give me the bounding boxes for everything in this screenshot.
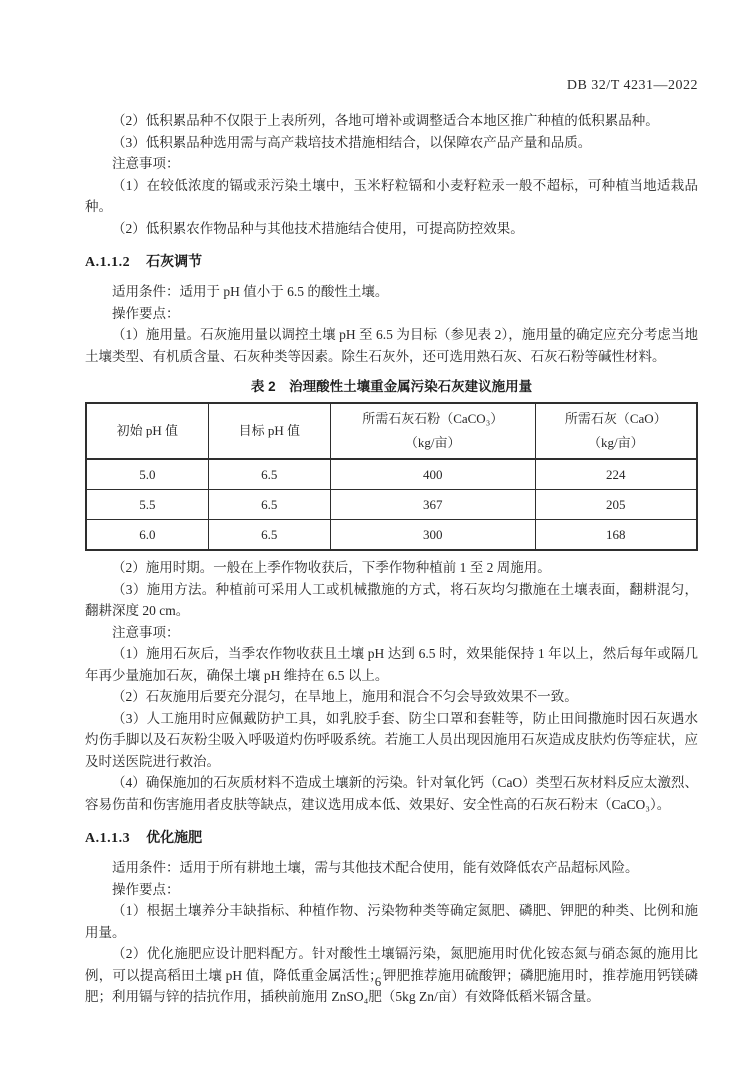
fert-conditions: 适用条件：适用于所有耕地土壤，需与其他技术配合使用，能有效降低农产品超标风险。 <box>85 857 698 879</box>
fert-point-npk: （1）根据土壤养分丰缺指标、种植作物、污染物种类等确定氮肥、磷肥、钾肥的种类、比… <box>85 900 698 943</box>
header-initial-ph: 初始 pH 值 <box>86 403 208 459</box>
fert-points-label: 操作要点： <box>85 879 698 901</box>
section-title: 优化施肥 <box>146 829 202 845</box>
cell: 6.5 <box>208 490 330 520</box>
lime-conditions: 适用条件：适用于 pH 值小于 6.5 的酸性土壤。 <box>85 281 698 303</box>
section-heading-lime: A.1.1.2石灰调节 <box>85 251 698 271</box>
cell: 300 <box>330 520 535 551</box>
lime-note-material: （4）确保施加的石灰质材料不造成土壤新的污染。针对氧化钙（CaO）类型石灰材料反… <box>85 772 698 815</box>
section-title: 石灰调节 <box>146 253 202 269</box>
cell: 6.5 <box>208 520 330 551</box>
cell: 5.5 <box>86 490 208 520</box>
lime-point-method: （3）施用方法。种植前可采用人工或机械撒施的方式，将石灰均匀撒施在土壤表面，翻耕… <box>85 579 698 622</box>
header-cao: 所需石灰（CaO）（kg/亩） <box>535 403 697 459</box>
lime-note-mixing: （2）石灰施用后要充分混匀，在旱地上，施用和混合不匀会导致效果不一致。 <box>85 686 698 708</box>
header-target-ph: 目标 pH 值 <box>208 403 330 459</box>
lime-points-label: 操作要点： <box>85 303 698 325</box>
table-row: 6.0 6.5 300 168 <box>86 520 697 551</box>
cell: 168 <box>535 520 697 551</box>
cell: 6.5 <box>208 459 330 490</box>
standard-number: DB 32/T 4231—2022 <box>85 78 698 94</box>
cell: 6.0 <box>86 520 208 551</box>
cell: 367 <box>330 490 535 520</box>
lime-note-protection: （3）人工施用时应佩戴防护工具，如乳胶手套、防尘口罩和套鞋等，防止田间撒施时因石… <box>85 708 698 773</box>
paragraph-low-accum-2: （2）低积累品种不仅限于上表所列，各地可增补或调整适合本地区推广种植的低积累品种… <box>85 110 698 132</box>
lime-point-timing: （2）施用时期。一般在上季作物收获后，下季作物种植前 1 至 2 周施用。 <box>85 557 698 579</box>
lime-note-duration: （1）施用石灰后，当季农作物收获且土壤 pH 达到 6.5 时，效果能保持 1 … <box>85 643 698 686</box>
lime-notes-label: 注意事项： <box>85 622 698 644</box>
lime-point-dosage: （1）施用量。石灰施用量以调控土壤 pH 至 6.5 为目标（参见表 2），施用… <box>85 324 698 367</box>
document-page: DB 32/T 4231—2022 （2）低积累品种不仅限于上表所列，各地可增补… <box>0 0 756 1068</box>
section-heading-fertilize: A.1.1.3优化施肥 <box>85 827 698 847</box>
section-number: A.1.1.3 <box>85 831 130 846</box>
table-caption: 表 2 治理酸性土壤重金属污染石灰建议施用量 <box>85 375 698 395</box>
cell: 205 <box>535 490 697 520</box>
cell: 5.0 <box>86 459 208 490</box>
notes-label: 注意事项： <box>85 153 698 175</box>
page-content: DB 32/T 4231—2022 （2）低积累品种不仅限于上表所列，各地可增补… <box>0 0 756 1008</box>
lime-dosage-table: 初始 pH 值 目标 pH 值 所需石灰石粉（CaCO₃）（kg/亩） 所需石灰… <box>85 402 698 551</box>
table-header-row: 初始 pH 值 目标 pH 值 所需石灰石粉（CaCO₃）（kg/亩） 所需石灰… <box>86 403 697 459</box>
note-cadmium-mercury: （1）在较低浓度的镉或汞污染土壤中，玉米籽粒镉和小麦籽粒汞一般不超标，可种植当地… <box>85 175 698 218</box>
note-combined-use: （2）低积累农作物品种与其他技术措施结合使用，可提高防控效果。 <box>85 218 698 240</box>
page-number: 6 <box>0 974 756 990</box>
table-row: 5.5 6.5 367 205 <box>86 490 697 520</box>
cell: 224 <box>535 459 697 490</box>
paragraph-low-accum-3: （3）低积累品种选用需与高产栽培技术措施相结合，以保障农产品产量和品质。 <box>85 132 698 154</box>
section-number: A.1.1.2 <box>85 255 130 270</box>
table-row: 5.0 6.5 400 224 <box>86 459 697 490</box>
header-caco3: 所需石灰石粉（CaCO₃）（kg/亩） <box>330 403 535 459</box>
cell: 400 <box>330 459 535 490</box>
